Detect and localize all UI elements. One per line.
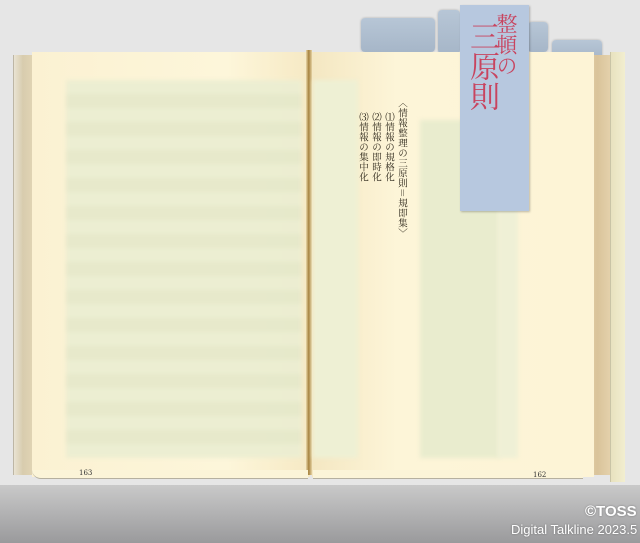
bookmark-tab-left xyxy=(361,18,435,52)
book-gutter xyxy=(306,50,312,475)
blurred-text-left-page xyxy=(66,80,302,458)
blurred-text-right-page-a xyxy=(313,80,358,458)
left-page-bottom xyxy=(32,470,308,479)
book-cover-edge xyxy=(610,52,625,482)
bookmark-tab-right xyxy=(528,22,548,52)
handwritten-note-line-2: 三原則 xyxy=(465,21,497,111)
sticky-note: 整頓の 三原則 xyxy=(460,5,529,211)
principle-item-1: ⑴情報の規格化 xyxy=(382,112,395,182)
copyright-watermark: ©TOSS xyxy=(585,503,637,520)
right-page-number: 162 xyxy=(533,471,546,479)
principle-item-3: ⑶情報の集中化 xyxy=(356,112,369,182)
bookmark-tab-middle xyxy=(438,10,460,54)
principles-heading: 〈情報整理の三原則＝規即集〉 xyxy=(395,98,408,238)
left-page-number: 163 xyxy=(79,469,92,477)
principle-item-2: ⑵情報の即時化 xyxy=(369,112,382,182)
caption-watermark: Digital Talkline 2023.5 xyxy=(511,522,637,537)
